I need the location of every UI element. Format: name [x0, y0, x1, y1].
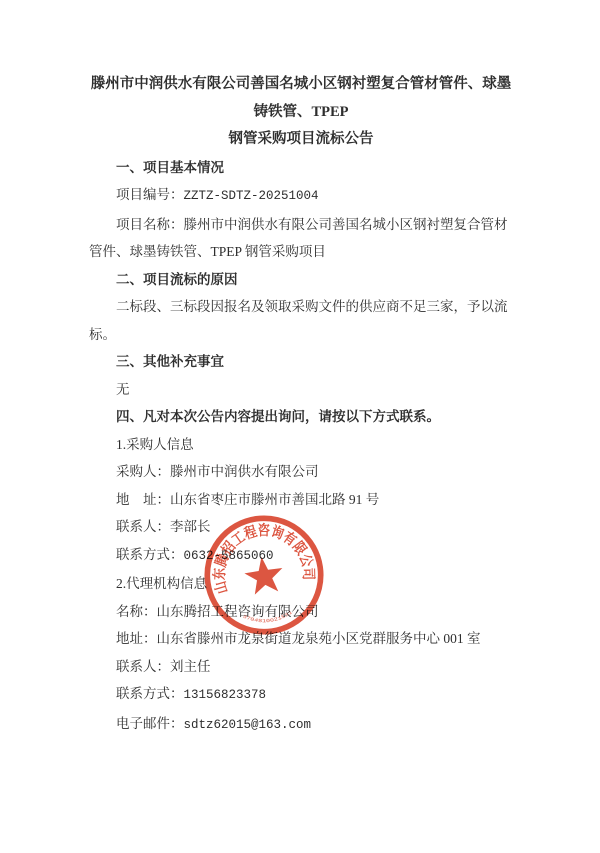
document-title-line-1: 滕州市中润供水有限公司善国名城小区钢衬塑复合管材管件、球墨铸铁管、TPEP [89, 71, 513, 126]
agency-phone-line: 联系方式：13156823378 [89, 680, 513, 710]
section-1-heading: 一、项目基本情况 [89, 154, 513, 182]
section-2-heading: 二、项目流标的原因 [89, 266, 513, 294]
purchaser-info-heading: 1.采购人信息 [89, 431, 513, 459]
agency-email-line: 电子邮件：sdtz62015@163.com [89, 710, 513, 740]
project-number-label: 项目编号： [116, 187, 184, 202]
section-3-heading: 三、其他补充事宜 [89, 348, 513, 376]
section-4-heading: 四、凡对本次公告内容提出询问，请按以下方式联系。 [89, 403, 513, 431]
failure-reason-line: 二标段、三标段因报名及领取采购文件的供应商不足三家，予以流标。 [89, 293, 513, 348]
agency-email-label: 电子邮件： [116, 716, 184, 731]
purchaser-phone-line: 联系方式：0632-5865060 [89, 541, 513, 571]
purchaser-phone-value: 0632-5865060 [184, 549, 274, 563]
agency-phone-label: 联系方式： [116, 686, 184, 701]
announcement-page: 滕州市中润供水有限公司善国名城小区钢衬塑复合管材管件、球墨铸铁管、TPEP 钢管… [0, 0, 600, 853]
purchaser-contact-line: 联系人：李部长 [89, 513, 513, 541]
document-title-line-2: 钢管采购项目流标公告 [89, 126, 513, 154]
project-name-line: 项目名称：滕州市中润供水有限公司善国名城小区钢衬塑复合管材管件、球墨铸铁管、TP… [89, 211, 513, 266]
agency-phone-value: 13156823378 [184, 688, 267, 702]
project-number-value: ZZTZ-SDTZ-20251004 [184, 189, 319, 203]
agency-info-heading: 2.代理机构信息 [89, 570, 513, 598]
document-body: 滕州市中润供水有限公司善国名城小区钢衬塑复合管材管件、球墨铸铁管、TPEP 钢管… [89, 71, 513, 739]
section-3-body: 无 [89, 376, 513, 404]
purchaser-address-line: 地 址：山东省枣庄市滕州市善国北路 91 号 [89, 486, 513, 514]
purchaser-name-line: 采购人：滕州市中润供水有限公司 [89, 458, 513, 486]
agency-address-line: 地址：山东省滕州市龙泉街道龙泉苑小区党群服务中心 001 室 [89, 625, 513, 653]
agency-name-line: 名称：山东腾招工程咨询有限公司 [89, 598, 513, 626]
project-number-line: 项目编号：ZZTZ-SDTZ-20251004 [89, 181, 513, 211]
agency-email-value: sdtz62015@163.com [184, 718, 312, 732]
agency-contact-line: 联系人：刘主任 [89, 653, 513, 681]
purchaser-phone-label: 联系方式： [116, 547, 184, 562]
